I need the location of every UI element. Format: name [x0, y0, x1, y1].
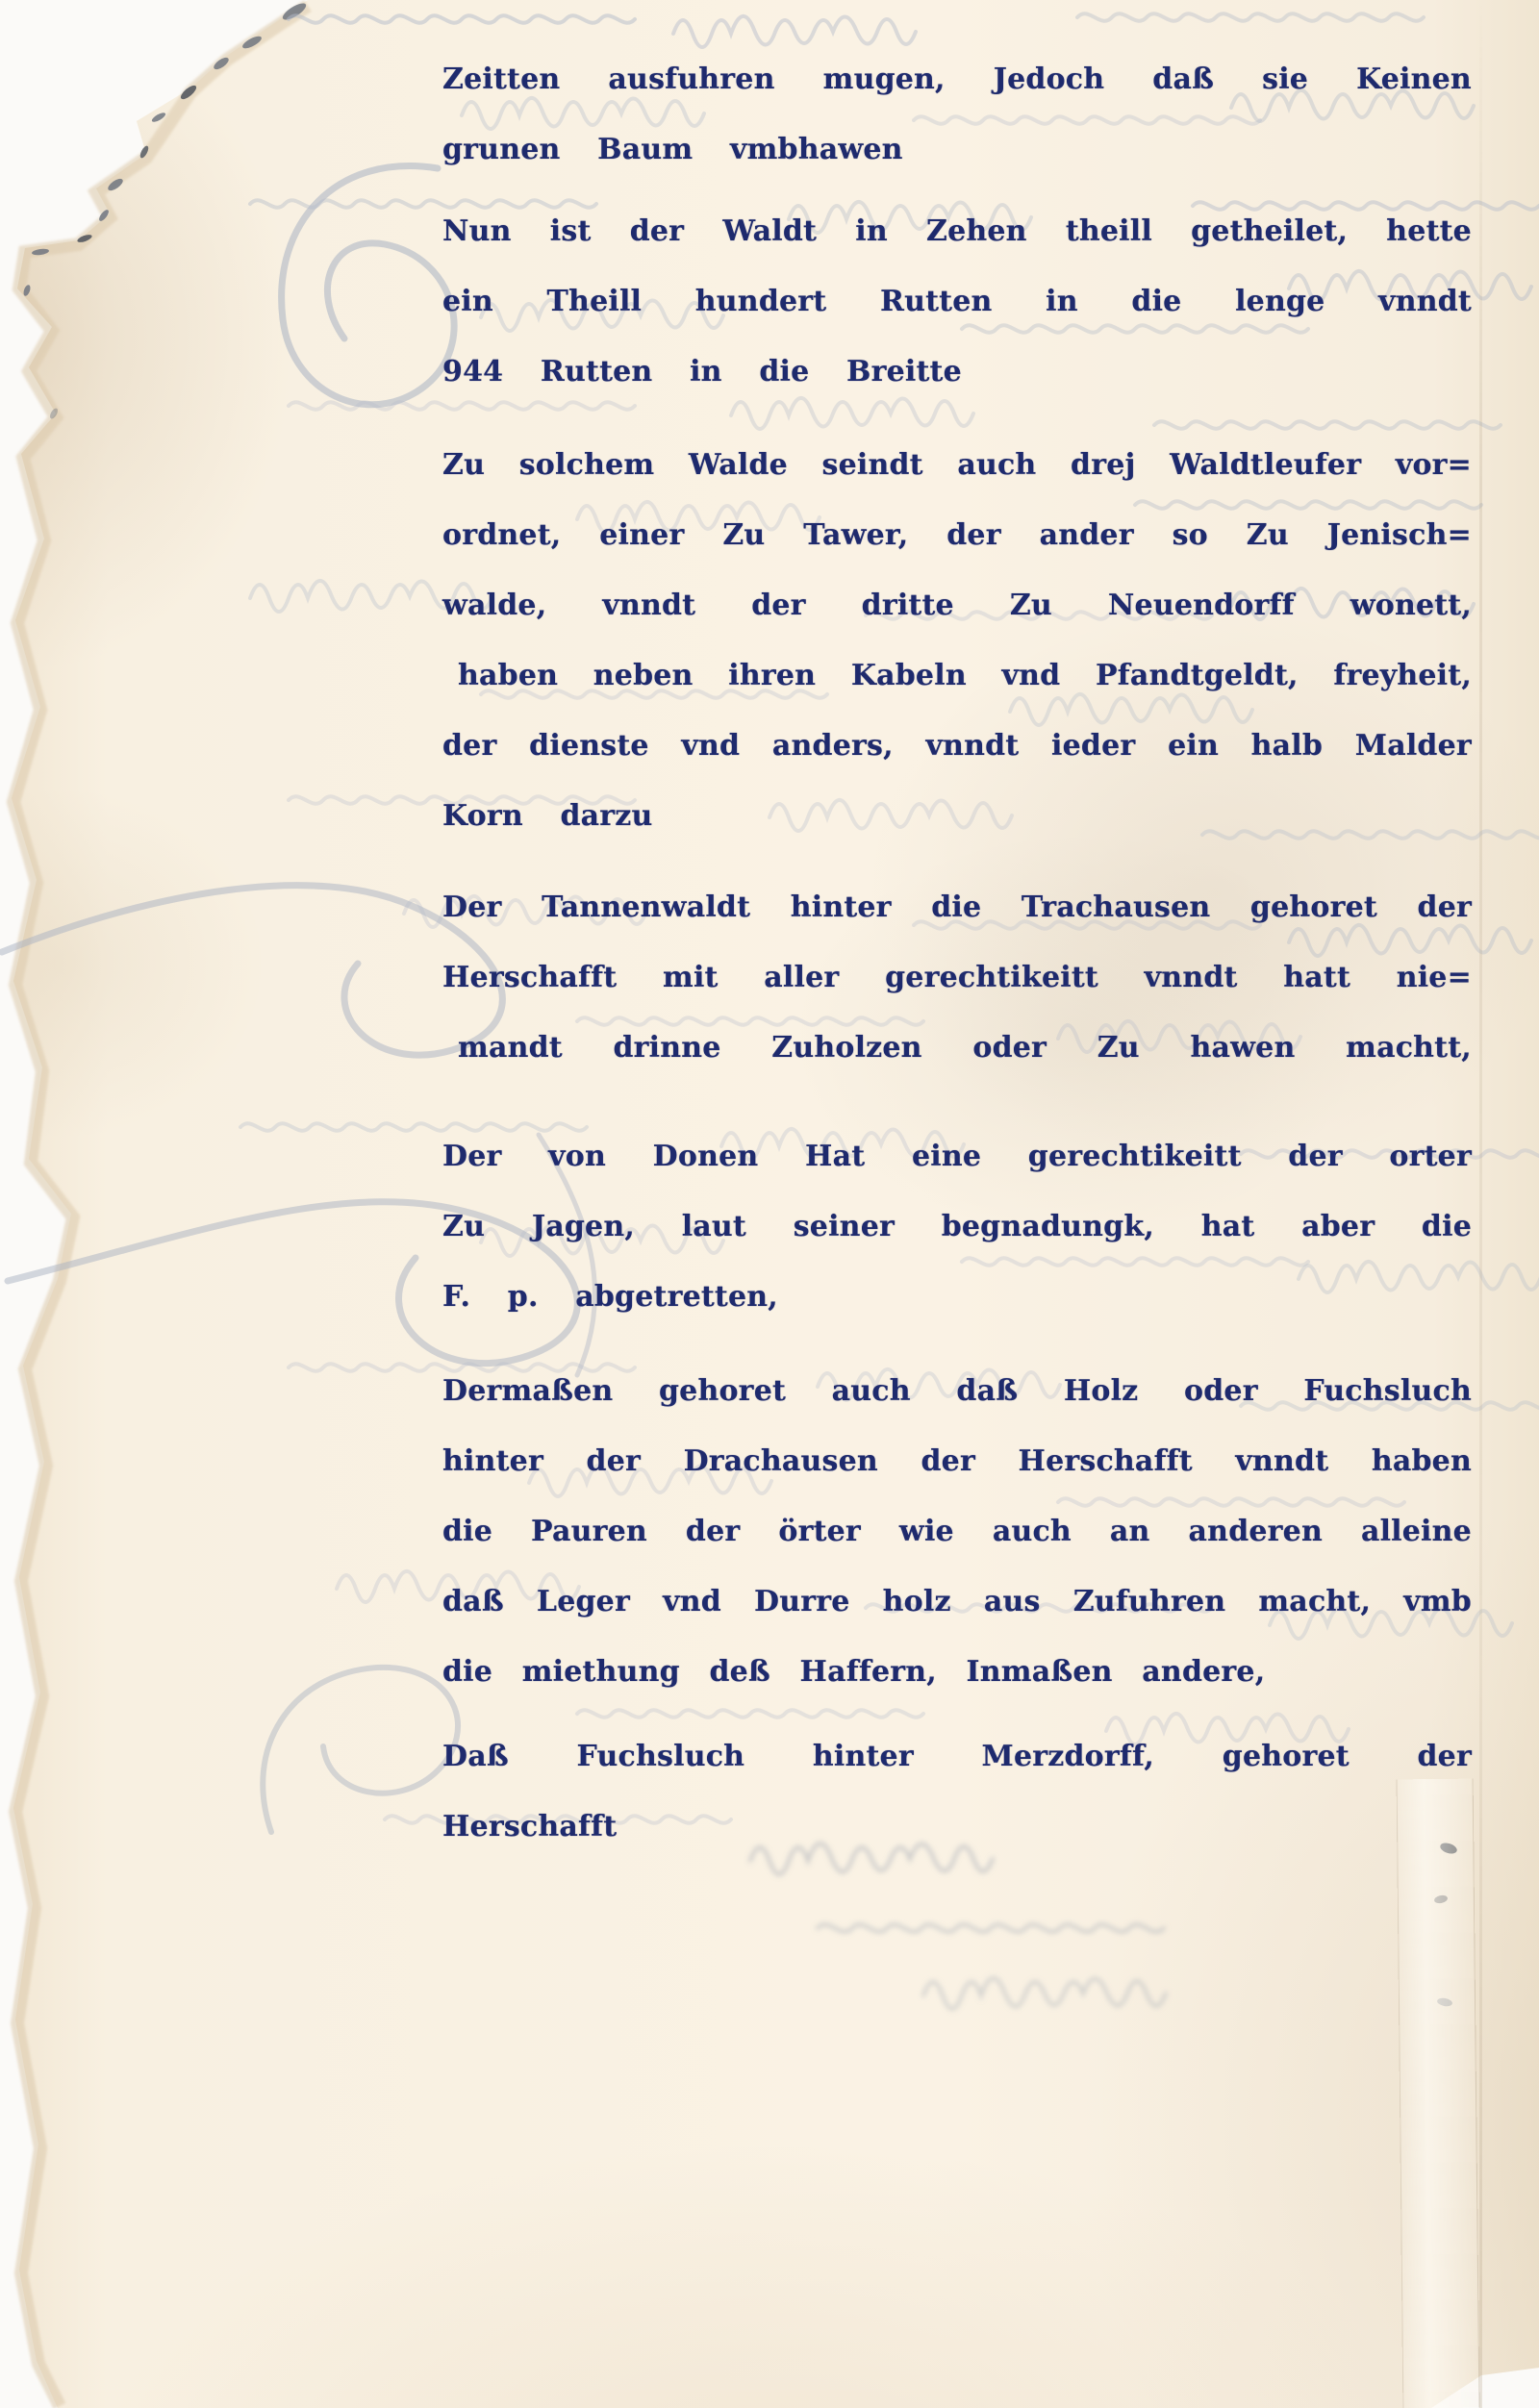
word: Fuchsluch: [577, 1740, 745, 1773]
word: aller: [764, 961, 839, 994]
word: vnd: [1002, 659, 1061, 692]
word: der: [1418, 890, 1472, 924]
word: mandt: [458, 1031, 563, 1065]
word: auch: [832, 1374, 911, 1408]
paper-crease-strip: [1397, 1779, 1480, 2408]
word: oder: [972, 1031, 1047, 1065]
word: auch: [957, 448, 1036, 482]
word: Theill: [547, 285, 643, 318]
word: hinter: [442, 1444, 543, 1478]
word: theill: [1066, 214, 1152, 248]
word: vor=: [1396, 448, 1472, 482]
text-line: walde,vnndtderdritteZuNeuendorffwonett,: [442, 570, 1472, 640]
text-line: diePaurenderörterwieauchananderenalleine: [442, 1496, 1472, 1567]
word: von: [548, 1140, 606, 1173]
word: der: [1418, 1740, 1472, 1773]
paragraph: DerTannenwaldthinterdieTrachausengehoret…: [442, 872, 1472, 1083]
word: Zu: [1010, 589, 1052, 622]
word: der: [442, 729, 496, 763]
word: Pauren: [531, 1515, 647, 1548]
word: Zuholzen: [771, 1031, 921, 1065]
word: Zehen: [926, 214, 1027, 248]
right-edge-crease: [1479, 0, 1482, 2408]
word: hinter: [791, 890, 892, 924]
word: neben: [593, 659, 694, 692]
word: Herschafft: [442, 961, 617, 994]
word: ordnet,: [442, 518, 561, 552]
word: Merzdorff,: [982, 1740, 1155, 1773]
word: so: [1173, 518, 1208, 552]
text-line: derdienstevndanders,vnndtiedereinhalbMal…: [442, 711, 1472, 781]
word: Jenisch=: [1327, 518, 1472, 552]
text-line: hinterderDrachausenderHerschafftvnndthab…: [442, 1426, 1472, 1496]
word: die: [1422, 1210, 1472, 1243]
word: drej: [1071, 448, 1136, 482]
word: der: [1288, 1140, 1342, 1173]
word: vnd: [663, 1585, 721, 1618]
word: vnndt: [1235, 1444, 1328, 1478]
word: hinter: [813, 1740, 914, 1773]
text-line: 944 Rutten in die Breitte: [442, 337, 1472, 407]
text-line: NunistderWaldtinZehentheillgetheilet,het…: [442, 196, 1472, 266]
word: daß: [442, 1585, 504, 1618]
word: die: [1131, 285, 1181, 318]
word: orter: [1389, 1140, 1472, 1173]
word: nie=: [1397, 961, 1472, 994]
word: Zufuhren: [1073, 1585, 1226, 1618]
word: dienste: [529, 729, 649, 763]
word: Neuendorff: [1108, 589, 1295, 622]
word: Keinen: [1356, 63, 1472, 96]
word: Der: [442, 1140, 502, 1173]
text-line: Herschafftmitallergerechtikeittvnndthatt…: [442, 942, 1472, 1013]
word: Walde: [689, 448, 788, 482]
word: mugen,: [823, 63, 946, 96]
word: Jedoch: [994, 63, 1105, 96]
word: machtt,: [1346, 1031, 1472, 1065]
word: Donen: [653, 1140, 759, 1173]
word: seiner: [794, 1210, 895, 1243]
paragraph: ZusolchemWaldeseindtauchdrejWaldtleuferv…: [442, 430, 1472, 851]
word: Holz: [1064, 1374, 1139, 1408]
text-line: DervonDonenHateinegerechtikeittderorter: [442, 1121, 1472, 1191]
word: die: [931, 890, 981, 924]
word: gehoret: [1250, 890, 1377, 924]
word: dritte: [862, 589, 954, 622]
word: Hat: [805, 1140, 865, 1173]
word: haben: [1372, 1444, 1472, 1478]
word: gehoret: [659, 1374, 786, 1408]
word: seindt: [822, 448, 923, 482]
word: wonett,: [1350, 589, 1472, 622]
word: Nun: [442, 214, 512, 248]
word: lenge: [1235, 285, 1325, 318]
text-line: grunen Baum vmbhawen: [442, 114, 1472, 185]
word: haben: [458, 659, 558, 692]
text-line: die miethung deß Haffern, Inmaßen andere…: [442, 1637, 1472, 1707]
transcription-text-column: Zeittenausfuhrenmugen,JedochdaßsieKeinen…: [442, 44, 1472, 1862]
text-line: ZuJagen,lautseinerbegnadungk,hataberdie: [442, 1191, 1472, 1262]
text-line: mandtdrinneZuholzenoderZuhawenmachtt,: [442, 1013, 1472, 1083]
word: hatt: [1283, 961, 1350, 994]
word: Waldt: [722, 214, 817, 248]
word: hawen: [1190, 1031, 1295, 1065]
word: Daß: [442, 1740, 509, 1773]
paragraph: DervonDonenHateinegerechtikeittderorter …: [442, 1121, 1472, 1332]
word: daß: [1152, 63, 1214, 96]
word: gerechtikeitt: [1028, 1140, 1242, 1173]
word: hat: [1201, 1210, 1255, 1243]
word: vnndt: [1145, 961, 1238, 994]
word: ist: [550, 214, 592, 248]
word: Jagen,: [532, 1210, 635, 1243]
word: gehoret: [1223, 1740, 1350, 1773]
word: der: [630, 214, 684, 248]
word: ein: [442, 285, 493, 318]
word: mit: [663, 961, 719, 994]
word: Dermaßen: [442, 1374, 613, 1408]
word: anders,: [772, 729, 894, 763]
word: gerechtikeitt: [885, 961, 1098, 994]
paragraph: Zeittenausfuhrenmugen,JedochdaßsieKeinen…: [442, 44, 1472, 185]
word: Pfandtgeldt,: [1096, 659, 1299, 692]
text-line: Herschafft: [442, 1792, 1472, 1862]
word: Tannenwaldt: [542, 890, 750, 924]
word: Zu: [442, 1210, 485, 1243]
word: eine: [912, 1140, 981, 1173]
manuscript-page-scan: Zeittenausfuhrenmugen,JedochdaßsieKeinen…: [0, 0, 1539, 2408]
word: getheilet,: [1191, 214, 1348, 248]
word: Malder: [1355, 729, 1472, 763]
word: örter: [778, 1515, 861, 1548]
word: holz: [883, 1585, 951, 1618]
text-line: ordnet,einerZuTawer,derandersoZuJenisch=: [442, 500, 1472, 570]
word: ein: [1168, 729, 1219, 763]
text-line: Zeittenausfuhrenmugen,JedochdaßsieKeinen: [442, 44, 1472, 114]
word: drinne: [613, 1031, 720, 1065]
word: Waldtleufer: [1170, 448, 1361, 482]
word: Herschafft: [1019, 1444, 1193, 1478]
word: der: [751, 589, 805, 622]
text-line: DerTannenwaldthinterdieTrachausengehoret…: [442, 872, 1472, 942]
word: ausfuhren: [608, 63, 774, 96]
paragraph: NunistderWaldtinZehentheillgetheilet,het…: [442, 196, 1472, 407]
word: walde,: [442, 589, 546, 622]
text-line: F. p. abgetretten,: [442, 1262, 1472, 1332]
text-line: habennebenihrenKabelnvndPfandtgeldt,frey…: [442, 640, 1472, 711]
word: oder: [1184, 1374, 1258, 1408]
word: Rutten: [880, 285, 993, 318]
word: ieder: [1051, 729, 1135, 763]
word: aus: [984, 1585, 1041, 1618]
word: der: [587, 1444, 641, 1478]
word: hette: [1386, 214, 1472, 248]
word: halb: [1251, 729, 1323, 763]
word: wie: [899, 1515, 954, 1548]
paragraph: DaßFuchsluchhinterMerzdorff,gehoretder H…: [442, 1721, 1472, 1862]
word: macht,: [1258, 1585, 1371, 1618]
word: vnndt: [602, 589, 695, 622]
text-line: DaßFuchsluchhinterMerzdorff,gehoretder: [442, 1721, 1472, 1792]
word: die: [442, 1515, 492, 1548]
word: auch: [993, 1515, 1072, 1548]
word: solchem: [519, 448, 655, 482]
word: Zu: [1247, 518, 1289, 552]
word: alleine: [1361, 1515, 1472, 1548]
word: Zeitten: [442, 63, 560, 96]
word: Tawer,: [803, 518, 908, 552]
word: Durre: [754, 1585, 850, 1618]
word: Zu: [442, 448, 485, 482]
word: in: [855, 214, 888, 248]
text-line: einTheillhundertRuttenindielengevnndt: [442, 266, 1472, 337]
word: an: [1110, 1515, 1150, 1548]
word: daß: [956, 1374, 1018, 1408]
word: Kabeln: [851, 659, 967, 692]
text-line: ZusolchemWaldeseindtauchdrejWaldtleuferv…: [442, 430, 1472, 500]
word: einer: [599, 518, 684, 552]
text-line: Korn darzu: [442, 781, 1472, 851]
word: Der: [442, 890, 502, 924]
word: Trachausen: [1022, 890, 1211, 924]
word: der: [921, 1444, 975, 1478]
word: in: [1046, 285, 1078, 318]
paragraph: DermaßengehoretauchdaßHolzoderFuchsluch …: [442, 1356, 1472, 1707]
word: Zu: [722, 518, 765, 552]
word: Fuchsluch: [1303, 1374, 1472, 1408]
word: vnd: [681, 729, 740, 763]
word: begnadungk,: [942, 1210, 1154, 1243]
word: vnndt: [925, 729, 1019, 763]
word: Leger: [537, 1585, 630, 1618]
text-line: DermaßengehoretauchdaßHolzoderFuchsluch: [442, 1356, 1472, 1426]
word: der: [686, 1515, 740, 1548]
text-line: daßLegervndDurreholzausZufuhrenmacht,vmb: [442, 1567, 1472, 1637]
word: ander: [1040, 518, 1134, 552]
word: freyheit,: [1333, 659, 1472, 692]
word: ihren: [728, 659, 816, 692]
word: Zu: [1097, 1031, 1140, 1065]
word: laut: [682, 1210, 746, 1243]
word: hundert: [695, 285, 827, 318]
word: der: [946, 518, 1000, 552]
word: sie: [1262, 63, 1308, 96]
word: vmb: [1403, 1585, 1472, 1618]
word: vnndt: [1378, 285, 1472, 318]
word: Drachausen: [684, 1444, 878, 1478]
word: anderen: [1189, 1515, 1323, 1548]
word: aber: [1301, 1210, 1375, 1243]
